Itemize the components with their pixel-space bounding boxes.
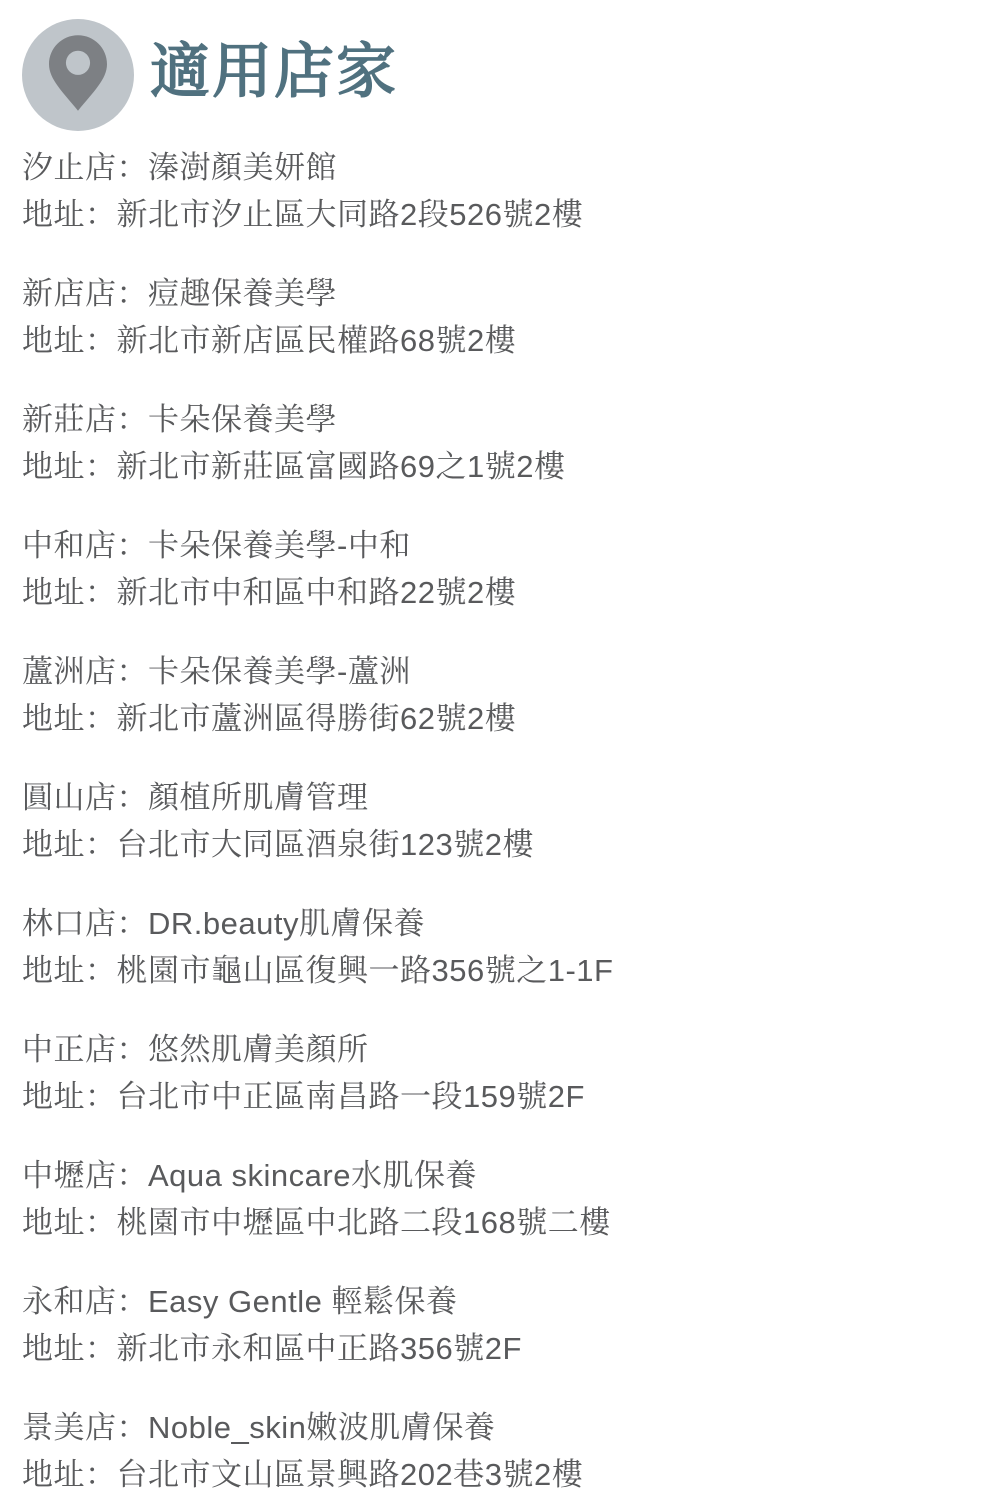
store-item: 圓山店：顏植所肌膚管理 地址：台北市大同區酒泉街123號2樓	[22, 774, 980, 868]
store-address-line: 地址：新北市中和區中和路22號2樓	[22, 569, 980, 616]
store-address-line: 地址：台北市大同區酒泉街123號2樓	[22, 821, 980, 868]
store-address-line: 地址：新北市永和區中正路356號2F	[22, 1325, 980, 1372]
store-name-line: 汐止店：溱澍顏美妍館	[22, 144, 980, 191]
store-item: 中正店：悠然肌膚美顏所 地址：台北市中正區南昌路一段159號2F	[22, 1026, 980, 1120]
store-name-line: 永和店：Easy Gentle 輕鬆保養	[22, 1278, 980, 1325]
store-item: 永和店：Easy Gentle 輕鬆保養 地址：新北市永和區中正路356號2F	[22, 1278, 980, 1372]
store-address-line: 地址：新北市汐止區大同路2段526號2樓	[22, 191, 980, 238]
store-item: 景美店：Noble_skin嫩波肌膚保養 地址：台北市文山區景興路202巷3號2…	[22, 1404, 980, 1498]
store-address-line: 地址：新北市蘆洲區得勝街62號2樓	[22, 695, 980, 742]
store-name-line: 中正店：悠然肌膚美顏所	[22, 1026, 980, 1073]
store-item: 汐止店：溱澍顏美妍館 地址：新北市汐止區大同路2段526號2樓	[22, 144, 980, 238]
store-item: 新莊店：卡朵保養美學 地址：新北市新莊區富國路69之1號2樓	[22, 396, 980, 490]
store-address-line: 地址：桃園市龜山區復興一路356號之1-1F	[22, 947, 980, 994]
location-pin-icon	[22, 19, 134, 131]
store-name-line: 林口店：DR.beauty肌膚保養	[22, 900, 980, 947]
store-address-line: 地址：台北市中正區南昌路一段159號2F	[22, 1073, 980, 1120]
store-item: 中和店：卡朵保養美學-中和 地址：新北市中和區中和路22號2樓	[22, 522, 980, 616]
store-item: 林口店：DR.beauty肌膚保養 地址：桃園市龜山區復興一路356號之1-1F	[22, 900, 980, 994]
page-title: 適用店家	[150, 42, 398, 108]
store-item: 中壢店：Aqua skincare水肌保養 地址：桃園市中壢區中北路二段168號…	[22, 1152, 980, 1246]
store-name-line: 中壢店：Aqua skincare水肌保養	[22, 1152, 980, 1199]
store-item: 蘆洲店：卡朵保養美學-蘆洲 地址：新北市蘆洲區得勝街62號2樓	[22, 648, 980, 742]
store-name-line: 新店店：痘趣保養美學	[22, 270, 980, 317]
store-name-line: 蘆洲店：卡朵保養美學-蘆洲	[22, 648, 980, 695]
map-pin-glyph	[49, 35, 107, 111]
store-name-line: 圓山店：顏植所肌膚管理	[22, 774, 980, 821]
store-list: 汐止店：溱澍顏美妍館 地址：新北市汐止區大同路2段526號2樓 新店店：痘趣保養…	[0, 132, 1000, 1498]
store-list-page: 適用店家 汐止店：溱澍顏美妍館 地址：新北市汐止區大同路2段526號2樓 新店店…	[0, 0, 1000, 1498]
store-name-line: 中和店：卡朵保養美學-中和	[22, 522, 980, 569]
store-name-line: 新莊店：卡朵保養美學	[22, 396, 980, 443]
store-address-line: 地址：新北市新莊區富國路69之1號2樓	[22, 443, 980, 490]
store-address-line: 地址：新北市新店區民權路68號2樓	[22, 317, 980, 364]
store-address-line: 地址：桃園市中壢區中北路二段168號二樓	[22, 1199, 980, 1246]
store-item: 新店店：痘趣保養美學 地址：新北市新店區民權路68號2樓	[22, 270, 980, 364]
store-address-line: 地址：台北市文山區景興路202巷3號2樓	[22, 1451, 980, 1498]
section-header: 適用店家	[0, 0, 1000, 132]
store-name-line: 景美店：Noble_skin嫩波肌膚保養	[22, 1404, 980, 1451]
